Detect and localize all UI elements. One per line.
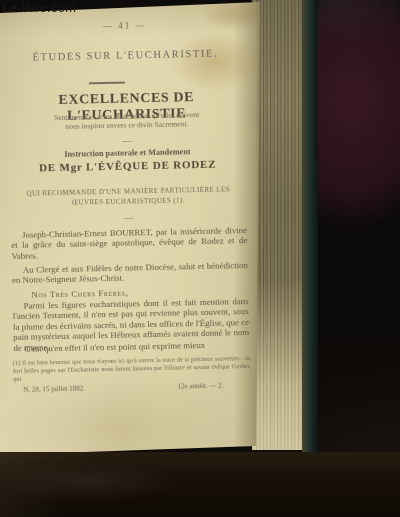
book-fore-edge-pages [252, 0, 304, 450]
dark-table-shadow [0, 452, 400, 517]
paragraph-address: Au Clergé et aux Fidèles de notre Diocès… [12, 260, 248, 286]
footnote: (1) Il est bien heureux que nous n'ayons… [13, 355, 251, 383]
page-subtitle: Sentiments et actes de dévotion qu'elles… [8, 109, 246, 132]
page-number: — 41 — [6, 18, 244, 33]
footer-issue-date: N. 28, 15 juillet 1882. [23, 384, 85, 393]
seller-watermark: Le-livre.com [2, 0, 76, 15]
divider-dash-2: — [10, 210, 248, 225]
title-divider-rule [89, 82, 125, 84]
page-footer: N. 28, 15 juillet 1882. 12e année. — 2. [17, 381, 237, 394]
salutation: Nos Très Chers Frères, [31, 288, 128, 300]
subject-line-1: QUI RECOMMANDE D'UNE MANIÈRE PARTICULIÈR… [26, 185, 230, 197]
subtitle-line-2: nous inspirer envers ce divin Sacrement. [65, 119, 188, 131]
paragraph-opening: Joseph-Christian-Ernest BOURRET, par la … [11, 225, 248, 261]
series-title: ÉTUDES SUR L'EUCHARISTIE. [6, 48, 244, 64]
book-cover-edge [302, 0, 318, 452]
page-printed-text: — 41 — ÉTUDES SUR L'EUCHARISTIE. EXCELLE… [0, 0, 261, 460]
subject-lines: QUI RECOMMANDE D'UNE MANIÈRE PARTICULIÈR… [9, 185, 247, 209]
subject-line-2: ŒUVRES EUCHARISTIQUES (1). [72, 196, 185, 206]
footer-year-volume: 12e année. — 2. [178, 382, 224, 391]
author-line: DE Mgr L'ÉVÊQUE DE RODEZ [9, 158, 247, 175]
